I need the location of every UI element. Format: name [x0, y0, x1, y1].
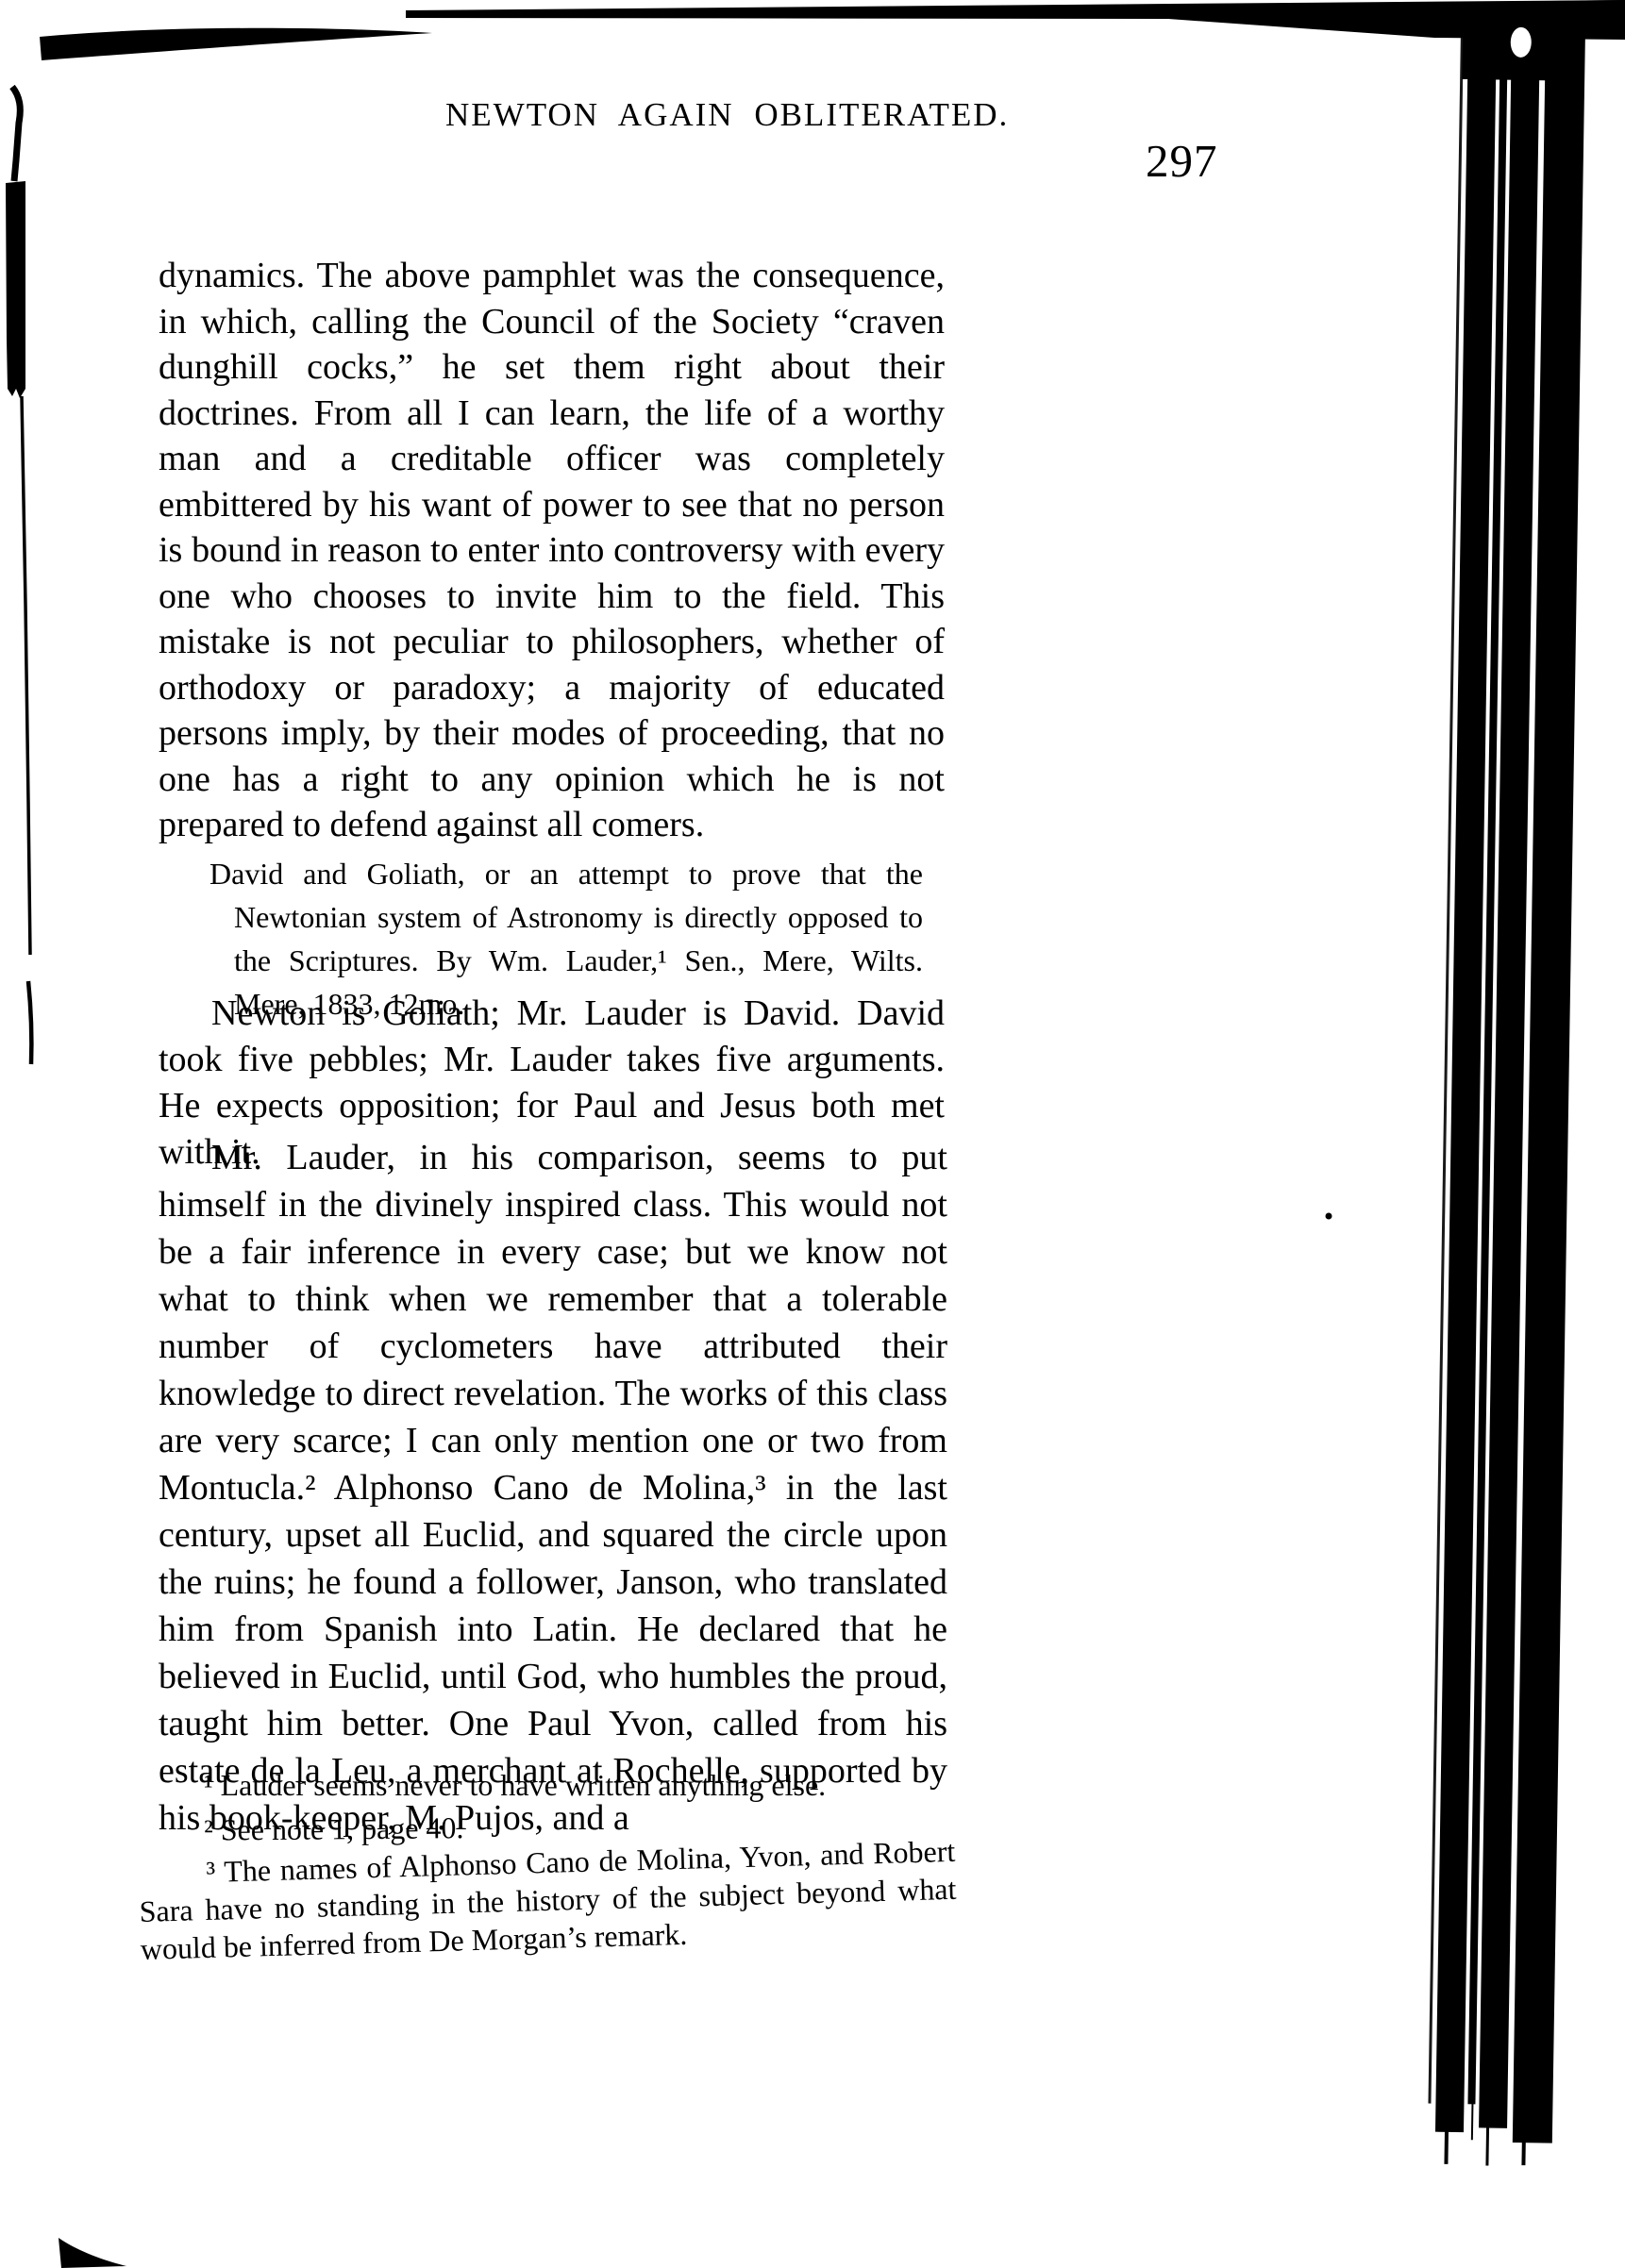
right-margin-ink-dot — [1326, 1213, 1332, 1220]
left-margin-ink-stroke — [12, 87, 20, 181]
book-fore-edge-stripes — [1427, 11, 1585, 2167]
paragraph-lauder-comparison: Mr. Lauder, in his comparison, seems to … — [159, 1134, 947, 1842]
bottom-left-ink-wedge — [59, 2238, 126, 2268]
left-margin-ink-line-lower — [28, 981, 31, 1064]
running-title: NEWTON AGAIN OBLITERATED. — [445, 96, 1009, 134]
top-right-corner-mass — [1168, 0, 1625, 40]
top-left-ink-swoosh — [40, 28, 432, 60]
scanned-book-page: { "colors": { "paper": "#ffffff", "ink":… — [0, 0, 1625, 2268]
page-curl-highlight — [1511, 27, 1533, 58]
footnote-1: ¹ Lauder seems never to have written any… — [159, 1766, 826, 1804]
left-margin-ink-bar — [6, 181, 25, 398]
paragraph-continuation: dynamics. The above pamphlet was the con… — [159, 253, 945, 848]
page-number: 297 — [1146, 134, 1218, 188]
footnote-2: ² See note 1, page 40. — [159, 1809, 464, 1849]
footnote-3: ³ The names of Alphonso Cano de Molina, … — [138, 1832, 958, 1968]
top-edge-scan-bar — [406, 0, 1625, 21]
left-margin-ink-line — [22, 396, 30, 955]
